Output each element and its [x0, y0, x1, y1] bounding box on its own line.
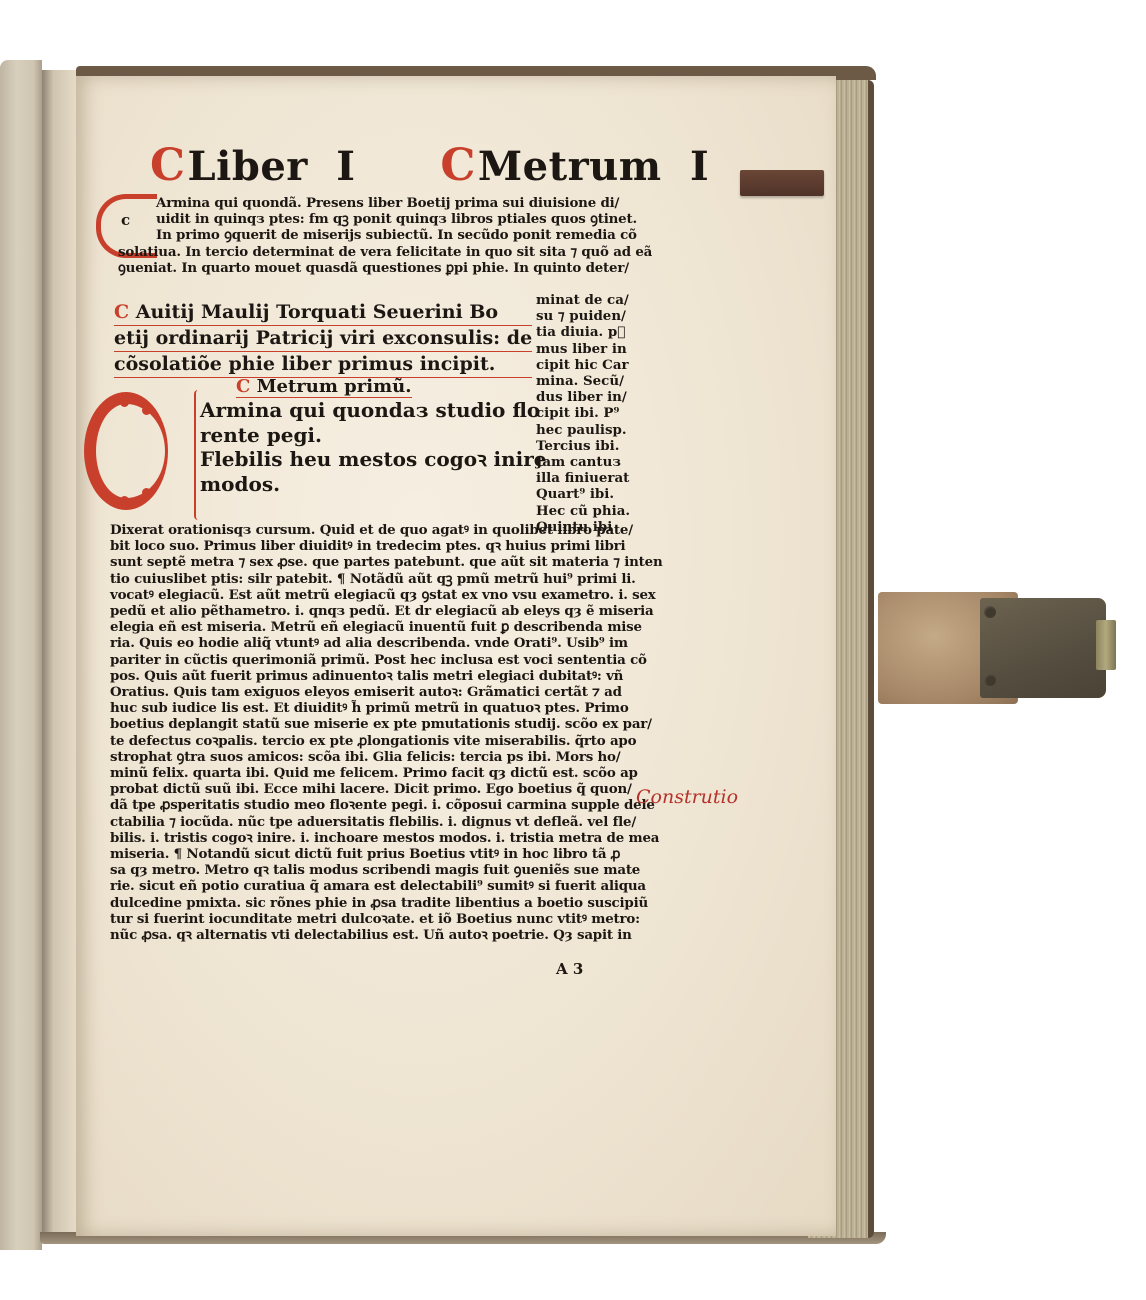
text-line: dus liber in/ [536, 389, 630, 405]
text-line: elegia eñ est miseria. Metrũ eñ elegiacũ… [110, 619, 662, 635]
text-line: huc sub iudice lis est. Et diuiditꝰ h̃ p… [110, 700, 662, 716]
text-line: Tercius ibi. [536, 438, 630, 454]
text-line: uidit in quinqз ptes: fm qꝫ ponit quinqз… [156, 211, 652, 227]
text-line: Quart⁹ ibi. [536, 486, 630, 502]
text-line: mina. Secũ/ [536, 373, 630, 389]
heading-liber: Liber [188, 143, 308, 190]
text-line: tia diuia. pᷓ [536, 324, 630, 340]
text-line: sa qȝ metro. Metro qꝛ talis modus scribe… [110, 862, 662, 878]
rubric-paragraph-mark: C [440, 140, 476, 191]
text-line: pariter in cũctis querimoniã primũ. Post… [110, 652, 662, 668]
title-line: etij ordinarij Patricij viri exconsulis:… [114, 326, 532, 352]
clasp-catch [1096, 620, 1116, 670]
text-line: sunt septẽ metra ⁊ sex ꝓse. que partes p… [110, 554, 662, 570]
text-line: cipit hic Car [536, 357, 630, 373]
text-line: tio cuiuslibet ptis: silr patebit. ¶ Not… [110, 571, 662, 587]
heading-metrum-numeral: I [690, 143, 709, 190]
text-line: bilis. i. tristis cogoꝛ inire. i. inchoa… [110, 830, 662, 846]
text-line: Armina qui quondã. Presens liber Boetij … [156, 195, 652, 211]
verse-line: Flebilis heu mestos cogoꝛ inire [200, 447, 547, 472]
rubric-paragraph-mark: C [236, 376, 250, 397]
text-line: probat dictũ suũ ibi. Ecce mihi lacere. … [110, 781, 662, 797]
text-line: bit loco suo. Primus liber diuiditꝰ in t… [110, 538, 662, 554]
text-line: miseria. ¶ Notandũ sicut dictũ fuit priu… [110, 846, 662, 862]
text-line: pedũ et alio pẽthametro. i. qnqз pedũ. E… [110, 603, 662, 619]
text-line: mus liber in [536, 341, 630, 357]
text-line: minat de ca/ [536, 292, 630, 308]
left-page-edge [0, 60, 42, 1250]
text-line: boetius deplangit statũ sue miserie ex p… [110, 716, 662, 732]
rubric-paragraph-mark: C [150, 140, 186, 191]
verse-line: modos. [200, 472, 547, 497]
heading-liber-numeral: I [336, 143, 355, 190]
text-line: rie. sicut eñ potio curatiua q̃ amara es… [110, 878, 662, 894]
side-column-commentary: minat de ca/ su ⁊ puiden/ tia diuia. pᷓ … [536, 292, 630, 535]
verse-line: Armina qui quondaз studio flo [200, 398, 547, 423]
verse-line: rente pegi. [200, 423, 547, 448]
text-line: cipit ibi. P⁹ [536, 405, 630, 421]
text-line: Hec cũ phia. [536, 503, 630, 519]
text-line: hec paulisp. [536, 422, 630, 438]
text-line: ria. Quis eo hodie aliq̃ vtuntꝰ ad alia … [110, 635, 662, 651]
guide-letter: c [121, 211, 130, 229]
book-gutter [42, 70, 80, 1240]
text-line: Oratius. Quis tam exiguos eleyos emiseri… [110, 684, 662, 700]
handwritten-marginal-note: Construtio [636, 786, 738, 808]
text-line: Dixerat orationisqз cursum. Quid et de q… [110, 522, 662, 538]
metrum-primum-label: C Metrum primũ. [236, 376, 412, 398]
verse-text: Armina qui quondaз studio flo rente pegi… [200, 398, 547, 496]
clasp-metal-plate [980, 598, 1106, 698]
signature-mark: A 3 [556, 960, 583, 978]
text-line: ꝯueniat. In quarto mouet quasdã question… [118, 260, 652, 276]
text-line: te defectus coꝛpalis. tercio ex pte ꝓlon… [110, 733, 662, 749]
clasp-rivet-icon [984, 674, 996, 686]
clasp-rivet-icon [984, 606, 996, 618]
leather-bookmark-tab [740, 170, 824, 196]
red-initial-large [84, 392, 168, 512]
page-heading: CLiber I CMetrum I [150, 140, 709, 191]
text-line: tur si fuerint iocunditate metri dulcoꝛa… [110, 911, 662, 927]
text-line: illa finiuerat [536, 470, 630, 486]
text-line: ctabilia ⁊ iocũda. nũc tpe aduersitatis … [110, 814, 662, 830]
text-line: In primo ꝯquerit de miserijs subiectũ. I… [156, 227, 652, 243]
text-line: dulcedine pmixta. sic rõnes phie in ꝓsa … [110, 895, 662, 911]
title-line: cõsolatiõe phie liber primus incipit. [114, 352, 532, 378]
text-line: nũc ꝓsa. qꝛ alternatis vti delectabilius… [110, 927, 662, 943]
text-line: minũ felix. quarta ibi. Quid me felicem.… [110, 765, 662, 781]
text-line: vocatꝰ elegiacũ. Est aũt metrũ elegiacũ … [110, 587, 662, 603]
heading-metrum: Metrum [478, 143, 662, 190]
text-line: pos. Quis aũt fuerit primus adinuentoꝛ t… [110, 668, 662, 684]
title-line: C Auitij Maulij Torquati Seuerini Bo [114, 300, 532, 326]
text-line: su ⁊ puiden/ [536, 308, 630, 324]
book-photograph: CLiber I CMetrum I c Armina qui quondã. … [0, 0, 1146, 1300]
text-line: solatiua. In tercio determinat de vera f… [118, 244, 652, 260]
body-commentary: Dixerat orationisqз cursum. Quid et de q… [110, 522, 662, 943]
work-title: C Auitij Maulij Torquati Seuerini Bo eti… [114, 300, 532, 378]
rubric-paragraph-mark: C [114, 301, 129, 323]
text-line: dã tpe ꝓsperitatis studio meo floꝛente p… [110, 797, 662, 813]
text-line: Jam cantuз [536, 454, 630, 470]
intro-commentary: Armina qui quondã. Presens liber Boetij … [156, 195, 652, 276]
text-line: strophat ꝯtra suos amicos: scõa ibi. Gli… [110, 749, 662, 765]
